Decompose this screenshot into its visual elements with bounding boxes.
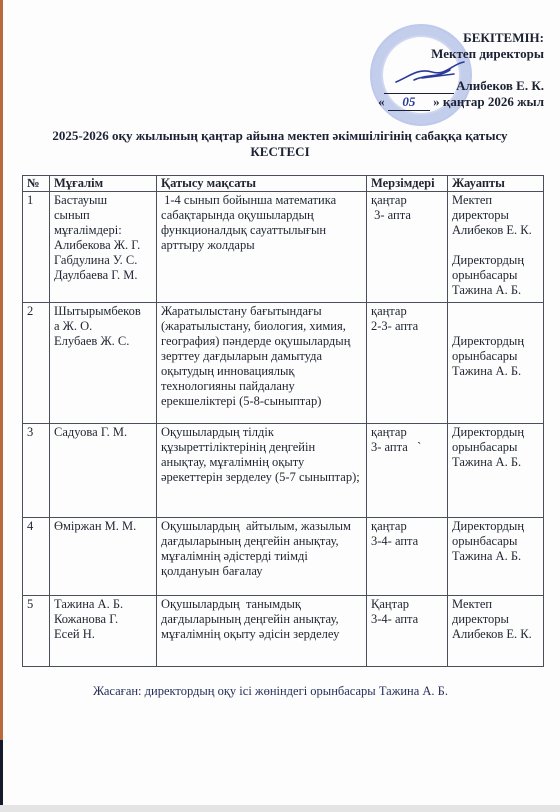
responsible-cell: ДиректордыңорынбасарыТажина А. Б. (448, 303, 544, 424)
purpose-cell: Оқушылардың айтылым, жазылым дағдыларыны… (157, 518, 367, 596)
teacher-cell: Шытырымбекова Ж. О.Елубаев Ж. С. (50, 303, 157, 424)
title-line-1: 2025-2026 оқу жылының қаңтар айына мекте… (0, 128, 560, 144)
row-number: 5 (23, 596, 50, 667)
approval-date-month-year: қаңтар 2026 жыл (443, 94, 544, 109)
table-row: 1Бастауышсыныпмұғалімдері:Алибекова Ж. Г… (23, 192, 544, 303)
attendance-schedule-table: № Мұғалім Қатысу мақсаты Мерзімдері Жауа… (22, 175, 544, 667)
teacher-cell: Тажина А. Б.Кожанова Г.Есей Н. (50, 596, 157, 667)
document-page: БЕКІТЕМІН: Мектеп директоры Алибеков Е. … (0, 0, 560, 805)
purpose-cell: 1-4 сынып бойынша математика сабақтарынд… (157, 192, 367, 303)
teacher-cell: Садуова Г. М. (50, 424, 157, 518)
row-number: 3 (23, 424, 50, 518)
dates-cell: қаңтар3-4- апта (367, 518, 448, 596)
teacher-cell: Бастауышсыныпмұғалімдері:Алибекова Ж. Г.… (50, 192, 157, 303)
teacher-cell: Өміржан М. М. (50, 518, 157, 596)
approval-date: « 05 » қаңтар 2026 жыл (378, 94, 544, 111)
table-header-row: № Мұғалім Қатысу мақсаты Мерзімдері Жауа… (23, 176, 544, 192)
header-teacher: Мұғалім (50, 176, 157, 192)
responsible-cell: ДиректордыңорынбасарыТажина А. Б. (448, 518, 544, 596)
approval-block: БЕКІТЕМІН: Мектеп директоры Алибеков Е. … (378, 30, 544, 111)
approval-name: Алибеков Е. К. (456, 78, 544, 93)
purpose-cell: Оқушылардың тілдік құзыреттіліктерінің д… (157, 424, 367, 518)
responsible-cell: МектепдиректорыАлибеков Е. К. (448, 596, 544, 667)
page-edge-strip-dark (0, 740, 3, 805)
purpose-cell: Оқушылардың танымдық дағдыларының деңгей… (157, 596, 367, 667)
dates-cell: қаңтар2-3- апта (367, 303, 448, 424)
row-number: 2 (23, 303, 50, 424)
page-title: 2025-2026 оқу жылының қаңтар айына мекте… (0, 128, 560, 160)
dates-cell: қаңтар3- апта ` (367, 424, 448, 518)
title-line-2: КЕСТЕСІ (0, 144, 560, 160)
approval-name-line: Алибеков Е. К. (378, 78, 544, 94)
approval-position: Мектеп директоры (378, 46, 544, 62)
dates-cell: Қаңтар3-4- апта (367, 596, 448, 667)
table-row: 5Тажина А. Б.Кожанова Г.Есей Н.Оқушылард… (23, 596, 544, 667)
purpose-cell: Жаратылыстану бағытындағы (жаратылыстану… (157, 303, 367, 424)
approval-heading: БЕКІТЕМІН: (378, 30, 544, 46)
header-responsible: Жауапты (448, 176, 544, 192)
responsible-cell: ДиректордыңорынбасарыТажина А. Б. (448, 424, 544, 518)
row-number: 4 (23, 518, 50, 596)
prepared-by-footer: Жасаған: директордың оқу ісі жөніндегі о… (93, 684, 448, 699)
page-edge-strip (0, 0, 3, 740)
table-row: 3Садуова Г. М.Оқушылардың тілдік құзырет… (23, 424, 544, 518)
header-dates: Мерзімдері (367, 176, 448, 192)
approval-date-day: 05 (388, 94, 430, 111)
row-number: 1 (23, 192, 50, 303)
table-row: 4Өміржан М. М.Оқушылардың айтылым, жазыл… (23, 518, 544, 596)
table-row: 2Шытырымбекова Ж. О.Елубаев Ж. С.Жаратыл… (23, 303, 544, 424)
header-purpose: Қатысу мақсаты (157, 176, 367, 192)
dates-cell: қаңтар 3- апта (367, 192, 448, 303)
header-number: № (23, 176, 50, 192)
responsible-cell: МектепдиректорыАлибеков Е. К.Директордың… (448, 192, 544, 303)
